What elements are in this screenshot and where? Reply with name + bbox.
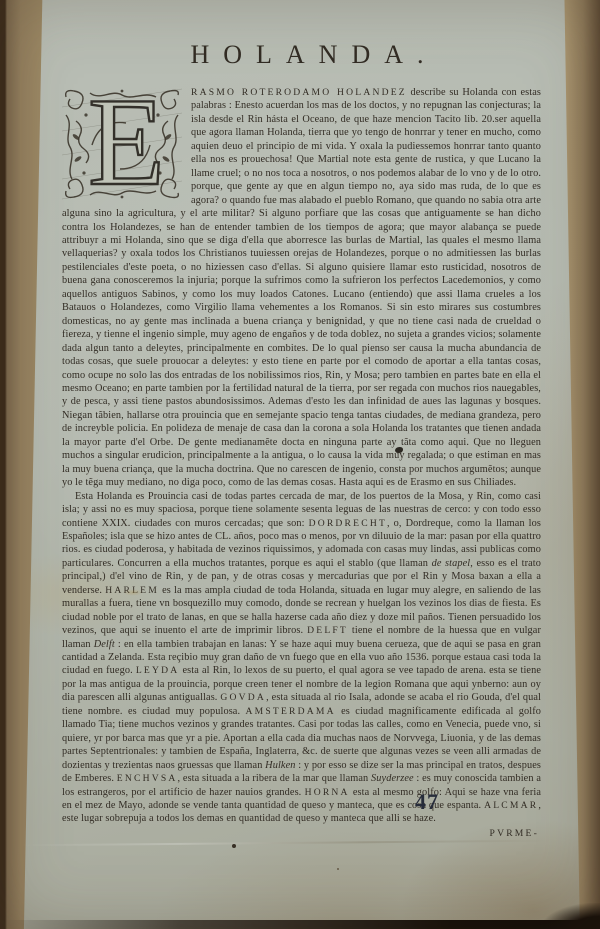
spaced-caps-name: ENCHVSA [117, 773, 178, 784]
ink-speck [337, 868, 339, 870]
book-page-photo: HOLANDA. [0, 0, 600, 929]
ink-speck [232, 844, 236, 848]
italic-term: de stapel [432, 558, 471, 569]
italic-term: Hulken [265, 760, 295, 771]
left-page-edge [0, 0, 46, 929]
paper-crease [20, 840, 550, 847]
page-number: 47 [415, 789, 439, 815]
italic-term: Delft [94, 639, 115, 650]
drop-cap-woodcut: E [62, 87, 182, 201]
bottom-shadow [0, 920, 600, 929]
paragraph: E RASMO ROTERODAMO HOLANDEZ describe su … [62, 86, 541, 490]
spaced-caps-name: LEYDA [136, 665, 180, 676]
paragraph: Esta Holanda es Prouincia casi de todas … [62, 490, 541, 826]
spaced-caps-name: DELFT [307, 625, 348, 636]
right-page-edge [552, 0, 600, 929]
spaced-caps-name: ALCMAR [484, 800, 538, 811]
paper-stain [120, 588, 146, 597]
page-title: HOLANDA. [40, 40, 574, 70]
spaced-caps-name: GOVDA [220, 692, 266, 703]
spaced-caps-name: AMSTERDAMA [246, 706, 336, 717]
catchword: PVRME- [62, 827, 541, 840]
bottom-right-corner-shadow [530, 903, 600, 929]
spaced-caps-name: DORDRECHT [309, 518, 387, 529]
italic-term: Suyderzee [371, 773, 414, 784]
body-text-block: E RASMO ROTERODAMO HOLANDEZ describe su … [62, 86, 541, 840]
spaced-caps-name: RASMO ROTERODAMO HOLANDEZ [191, 87, 407, 98]
spaced-caps-name: HORNA [305, 787, 350, 798]
drop-cap-letter: E [88, 87, 165, 201]
body-text-run: , esta situada a la ribera de la mar que… [178, 773, 372, 784]
